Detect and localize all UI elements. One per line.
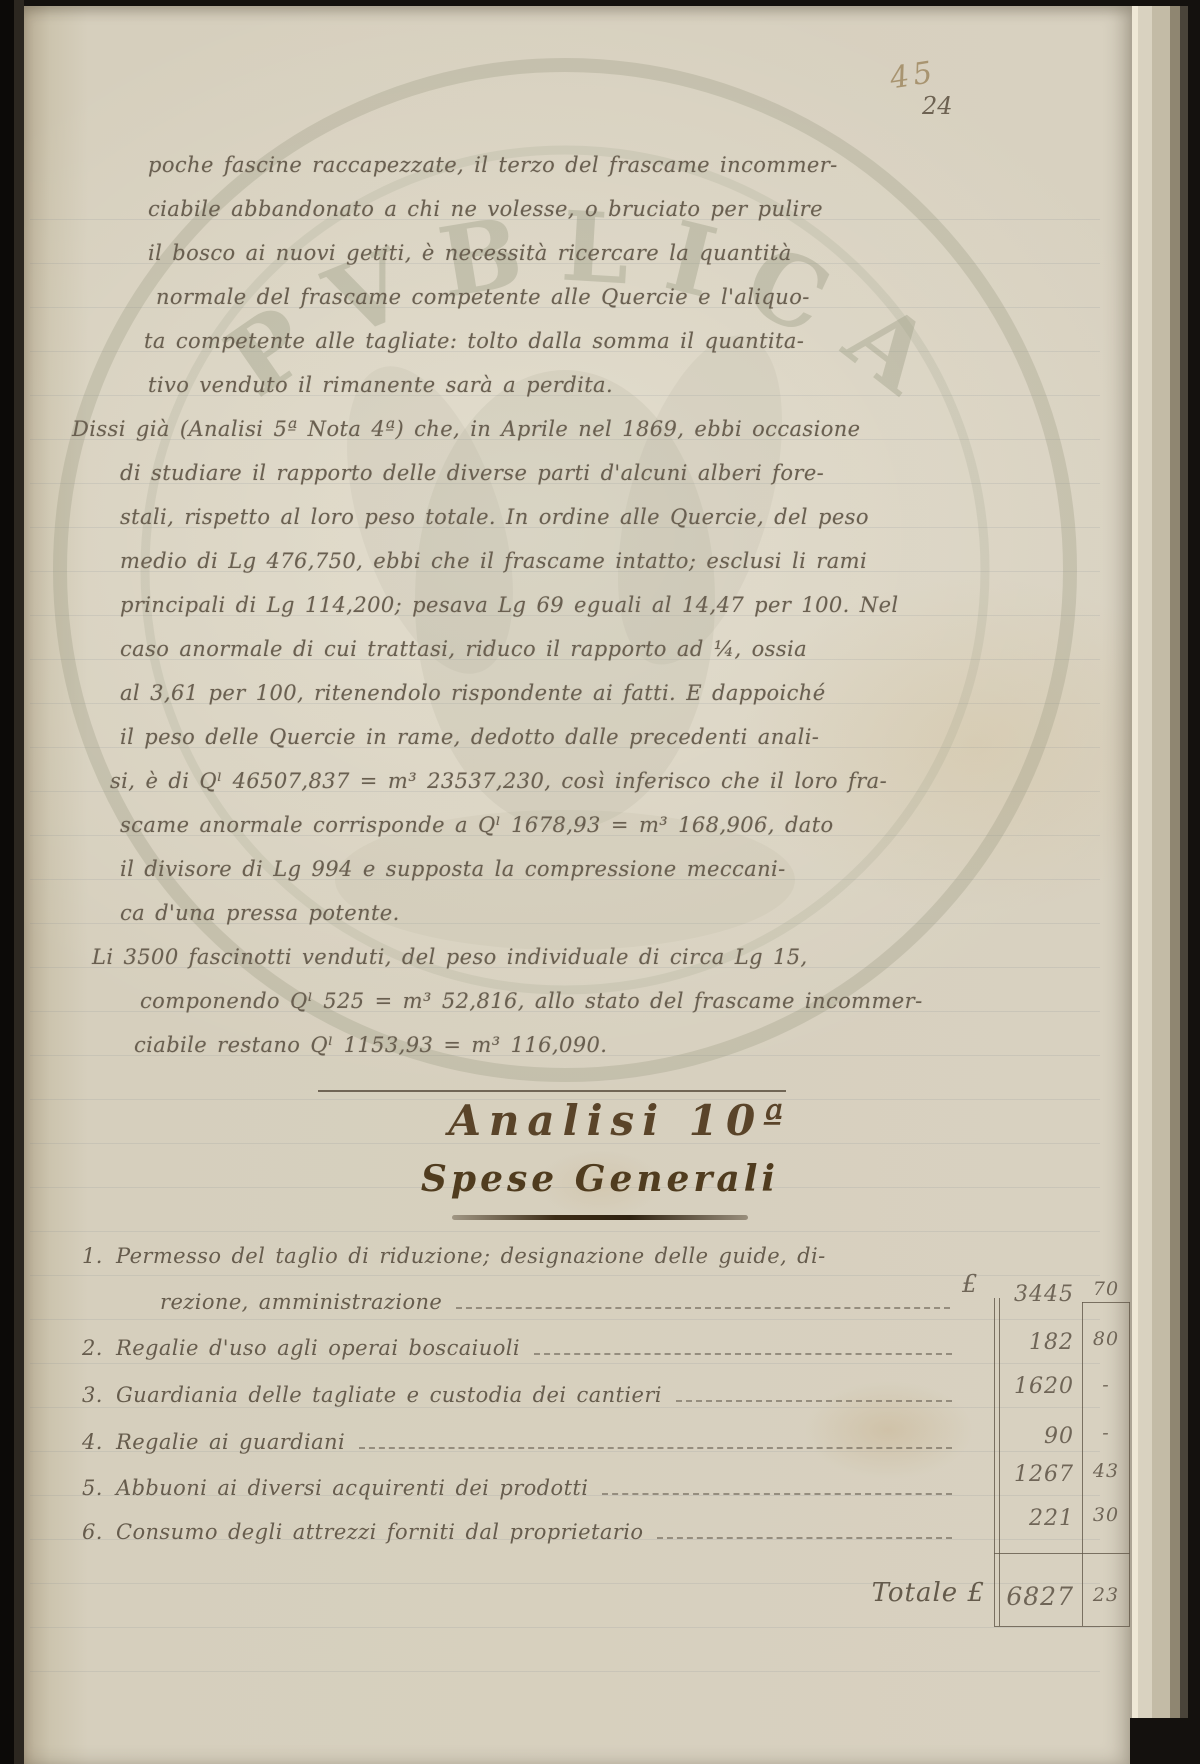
manuscript-line: ta competente alle tagliate: tolto dalla… (144, 319, 838, 363)
lira-currency-symbol: £ (962, 1270, 977, 1298)
divider-rule-thick (452, 1215, 748, 1220)
manuscript-line: principali di Lg 114,200; pesava Lg 69 e… (120, 583, 899, 627)
manuscript-line: ciabile restano Qˡ 1153,93 = m³ 116,090. (134, 1023, 923, 1067)
manuscript-line: il divisore di Lg 994 e supposta la comp… (120, 847, 899, 891)
page-number-pencil: 45 (888, 55, 939, 97)
page-stack-edge (1132, 0, 1188, 1764)
total-separator-rule (994, 1553, 1130, 1554)
cent-amount: 43 (1083, 1460, 1129, 1482)
lire-amount: 182 (996, 1330, 1074, 1355)
leader-dashes (676, 1390, 952, 1402)
section-title: Analisi 10ª (300, 1096, 940, 1145)
scan-corner-dark (1130, 1718, 1200, 1764)
manuscript-line: medio di Lg 476,750, ebbi che il frascam… (120, 539, 899, 583)
total-lire-amount: 6827 (996, 1582, 1074, 1611)
total-label: Totale £ (770, 1578, 985, 1608)
section-subtitle: Spese Generali (280, 1158, 920, 1200)
manuscript-line: tivo venduto il rimanente sarà a perdita… (148, 363, 838, 407)
expense-item-1-line1: 1. Permesso del taglio di riduzione; des… (82, 1244, 962, 1268)
column-rule-right (1129, 1302, 1130, 1626)
column-bottom-rule (994, 1626, 1130, 1627)
manuscript-line: si, è di Qˡ 46507,837 = m³ 23537,230, co… (110, 759, 899, 803)
manuscript-line: scame anormale corrisponde a Qˡ 1678,93 … (120, 803, 899, 847)
lire-amount: 3445 (996, 1282, 1074, 1307)
paragraph-3: Li 3500 fascinotti venduti, del peso ind… (92, 935, 923, 1067)
manuscript-line: ca d'una pressa potente. (120, 891, 899, 935)
manuscript-line: poche fascine raccapezzate, il terzo del… (148, 143, 838, 187)
item-label: rezione, amministrazione (160, 1290, 442, 1314)
item-number: 2. (82, 1336, 116, 1360)
manuscript-line: il peso delle Quercie in rame, dedotto d… (120, 715, 899, 759)
item-label: Regalie d'uso agli operai boscaiuoli (116, 1336, 520, 1360)
leader-dashes (602, 1483, 952, 1495)
lire-amount: 90 (996, 1424, 1074, 1449)
manuscript-line: Dissi già (Analisi 5ª Nota 4ª) che, in A… (72, 407, 899, 451)
item-label: Abbuoni ai diversi acquirenti dei prodot… (116, 1476, 588, 1500)
paragraph-1: poche fascine raccapezzate, il terzo del… (148, 143, 838, 407)
cent-amount: 70 (1083, 1278, 1129, 1300)
paragraph-2: Dissi già (Analisi 5ª Nota 4ª) che, in A… (72, 407, 899, 935)
item-number: 4. (82, 1430, 116, 1454)
expense-item-5: 5. Abbuoni ai diversi acquirenti dei pro… (82, 1476, 962, 1501)
scan-edge-top (0, 0, 1200, 6)
expense-item-3: 3. Guardiania delle tagliate e custodia … (82, 1383, 962, 1408)
column-rule-left-outer (994, 1298, 995, 1626)
cent-column-top-rule (1082, 1302, 1130, 1303)
manuscript-line: normale del frascame competente alle Que… (156, 275, 838, 319)
expense-item-2: 2. Regalie d'uso agli operai boscaiuoli (82, 1336, 962, 1361)
manuscript-line: Li 3500 fascinotti venduti, del peso ind… (92, 935, 923, 979)
item-label: Consumo degli attrezzi forniti dal propr… (116, 1520, 643, 1544)
divider-rule (318, 1090, 786, 1092)
lire-amount: 1267 (996, 1462, 1074, 1487)
item-number: 3. (82, 1383, 116, 1407)
leader-dashes (456, 1297, 950, 1309)
manuscript-line: di studiare il rapporto delle diverse pa… (120, 451, 899, 495)
expense-item-4: 4. Regalie ai guardiani (82, 1430, 962, 1455)
lire-amount: 1620 (996, 1374, 1074, 1399)
item-label: Regalie ai guardiani (116, 1430, 345, 1454)
scan-edge-left (0, 0, 24, 1764)
column-rule-left-inner (999, 1298, 1000, 1626)
item-label: Guardiania delle tagliate e custodia dei… (116, 1383, 662, 1407)
manuscript-line: componendo Qˡ 525 = m³ 52,816, allo stat… (140, 979, 923, 1023)
expense-item-6: 6. Consumo degli attrezzi forniti dal pr… (82, 1520, 962, 1545)
item-number: 5. (82, 1476, 116, 1500)
manuscript-line: al 3,61 per 100, ritenendolo rispondente… (120, 671, 899, 715)
expense-item-1-line2: rezione, amministrazione (160, 1290, 960, 1315)
cent-amount: 30 (1083, 1504, 1129, 1526)
manuscript-line: stali, rispetto al loro peso totale. In … (120, 495, 899, 539)
page-number-ink: 24 (922, 92, 953, 120)
cent-amount: - (1083, 1374, 1129, 1396)
lire-amount: 221 (996, 1506, 1074, 1531)
manuscript-line: ciabile abbandonato a chi ne volesse, o … (148, 187, 838, 231)
item-number: 1. (82, 1244, 116, 1268)
cent-amount: 80 (1083, 1328, 1129, 1350)
leader-dashes (657, 1527, 952, 1539)
manuscript-line: il bosco ai nuovi getiti, è necessità ri… (148, 231, 838, 275)
item-label: Permesso del taglio di riduzione; design… (116, 1244, 826, 1268)
leader-dashes (359, 1437, 952, 1449)
leader-dashes (534, 1343, 952, 1355)
column-rule-cent-separator (1082, 1302, 1083, 1626)
cent-amount: - (1083, 1422, 1129, 1444)
item-number: 6. (82, 1520, 116, 1544)
manuscript-line: caso anormale di cui trattasi, riduco il… (120, 627, 899, 671)
total-cent-amount: 23 (1083, 1584, 1129, 1606)
